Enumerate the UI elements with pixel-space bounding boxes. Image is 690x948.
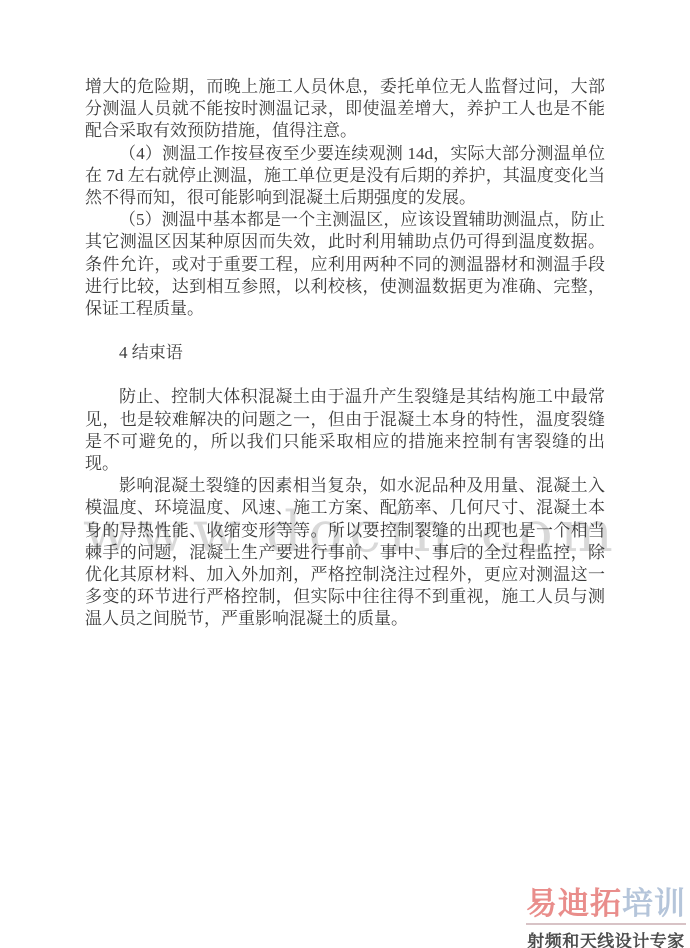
body-paragraph-continuation: 增大的危险期，而晚上施工人员休息，委托单位无人监督过问，大部分测温人员就不能按时… [85, 76, 605, 143]
conclusion-paragraph-2: 影响混凝土裂缝的因素相当复杂，如水泥品种及用量、混凝土入模温度、环境温度、风速、… [85, 475, 605, 630]
document-body: 增大的危险期，而晚上施工人员休息，委托单位无人监督过问，大部分测温人员就不能按时… [85, 76, 605, 631]
body-paragraph-item-5: （5）测温中基本都是一个主测温区，应该设置辅助测温点，防止其它测温区因某种原因而… [85, 209, 605, 320]
brand-logo-text-blue: 培训 [622, 886, 686, 921]
brand-tagline: 射频和天线设计专家 [526, 927, 686, 948]
conclusion-paragraph-1: 防止、控制大体积混凝土由于温升产生裂缝是其结构施工中最常见，也是较难解决的问题之… [85, 386, 605, 475]
body-paragraph-item-4: （4）测温工作按昼夜至少要连续观测 14d，实际大部分测温单位在 7d 左右就停… [85, 143, 605, 210]
document-page: www.docin.com 增大的危险期，而晚上施工人员休息，委托单位无人监督过… [0, 0, 690, 948]
brand-block: 易迪拓培训 射频和天线设计专家 [526, 886, 686, 948]
brand-divider-line [526, 923, 686, 925]
section-heading-conclusion: 4 结束语 [85, 342, 605, 364]
brand-logo: 易迪拓培训 [526, 886, 686, 922]
brand-logo-text-red: 易迪拓 [526, 886, 622, 921]
